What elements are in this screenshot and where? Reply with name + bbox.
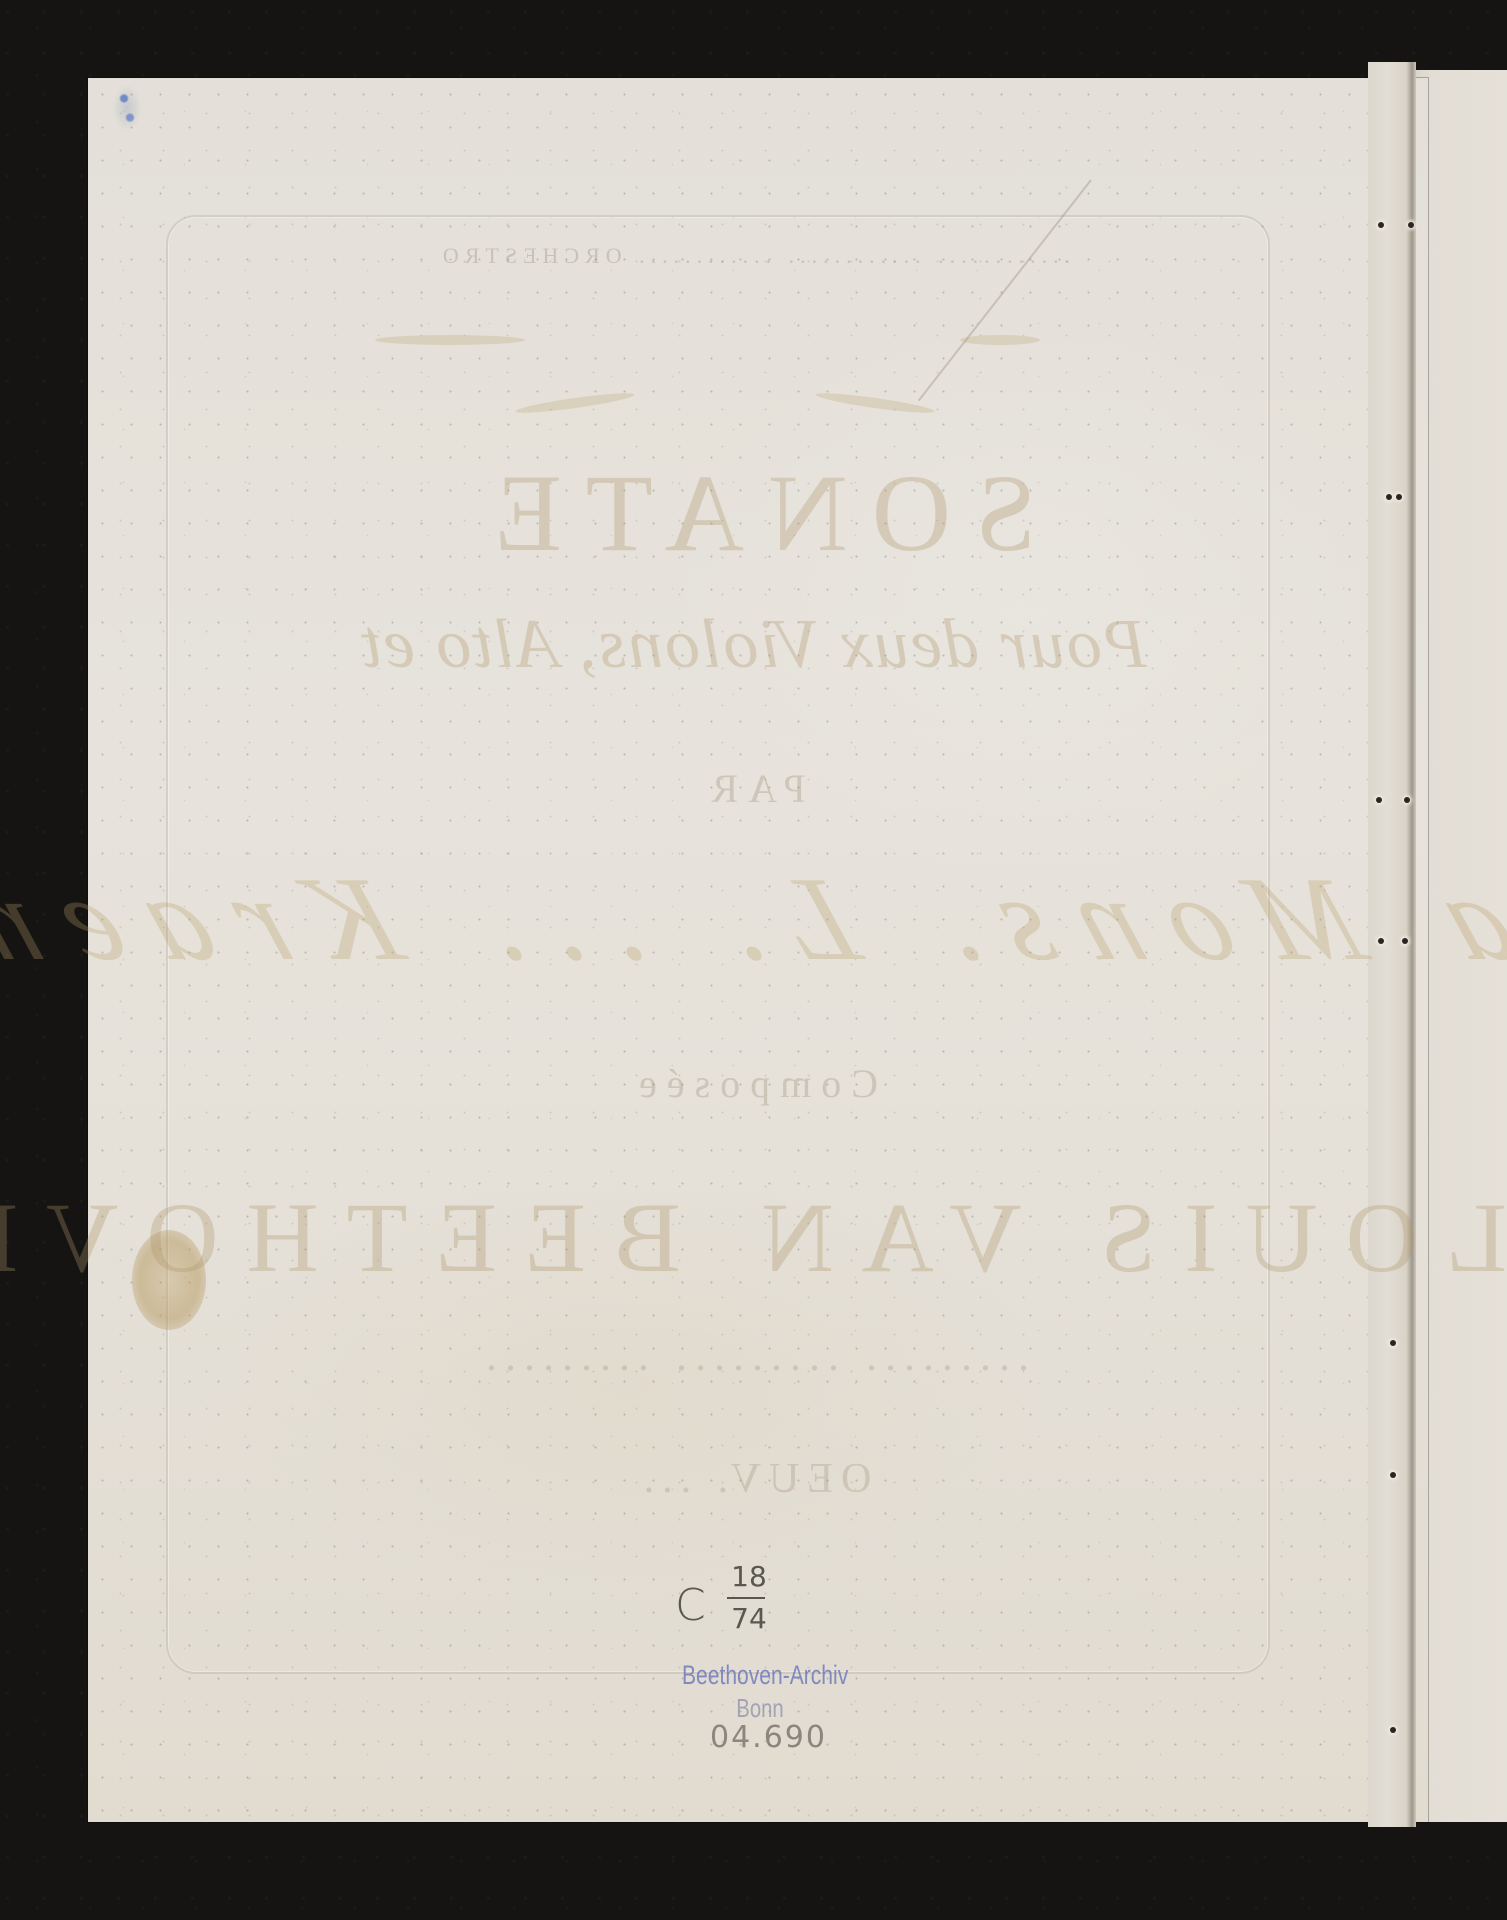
show-through-publisher: ......... ......... ......... bbox=[0, 1330, 1507, 1381]
archive-stamp: Beethoven-Archiv Bonn bbox=[682, 1660, 838, 1724]
flourish-ornament bbox=[375, 335, 525, 345]
shelfmark-fraction-bar bbox=[727, 1597, 765, 1599]
show-through-title: SONATE bbox=[0, 450, 1507, 577]
accession-number: 04.690 bbox=[710, 1720, 827, 1755]
show-through-composed: Composée bbox=[0, 1060, 1507, 1107]
show-through-dedication: a Mons. L. ... Kraemer bbox=[0, 850, 1507, 988]
shelfmark-prefix: C bbox=[675, 1580, 706, 1631]
show-through-opus: OEUV. ... bbox=[0, 1455, 1507, 1503]
show-through-composer: LOUIS VAN BEETHOVEN bbox=[0, 1180, 1507, 1295]
binding-hole-icon bbox=[1390, 1727, 1396, 1733]
stamp-archive-name: Beethoven-Archiv bbox=[682, 1660, 838, 1691]
shelfmark-numerator: 18 bbox=[725, 1560, 773, 1593]
flourish-ornament bbox=[960, 335, 1040, 345]
show-through-header: ............ ............ ............ O… bbox=[0, 243, 1507, 269]
show-through-subtitle: Pour deux Violons, Alto et bbox=[0, 605, 1507, 685]
show-through-par: PAR bbox=[0, 765, 1507, 812]
blue-ink-mark bbox=[112, 84, 142, 132]
binding-hole-icon bbox=[1378, 222, 1384, 228]
binding-hole-icon bbox=[1408, 222, 1414, 228]
shelfmark-denominator: 74 bbox=[725, 1602, 773, 1635]
